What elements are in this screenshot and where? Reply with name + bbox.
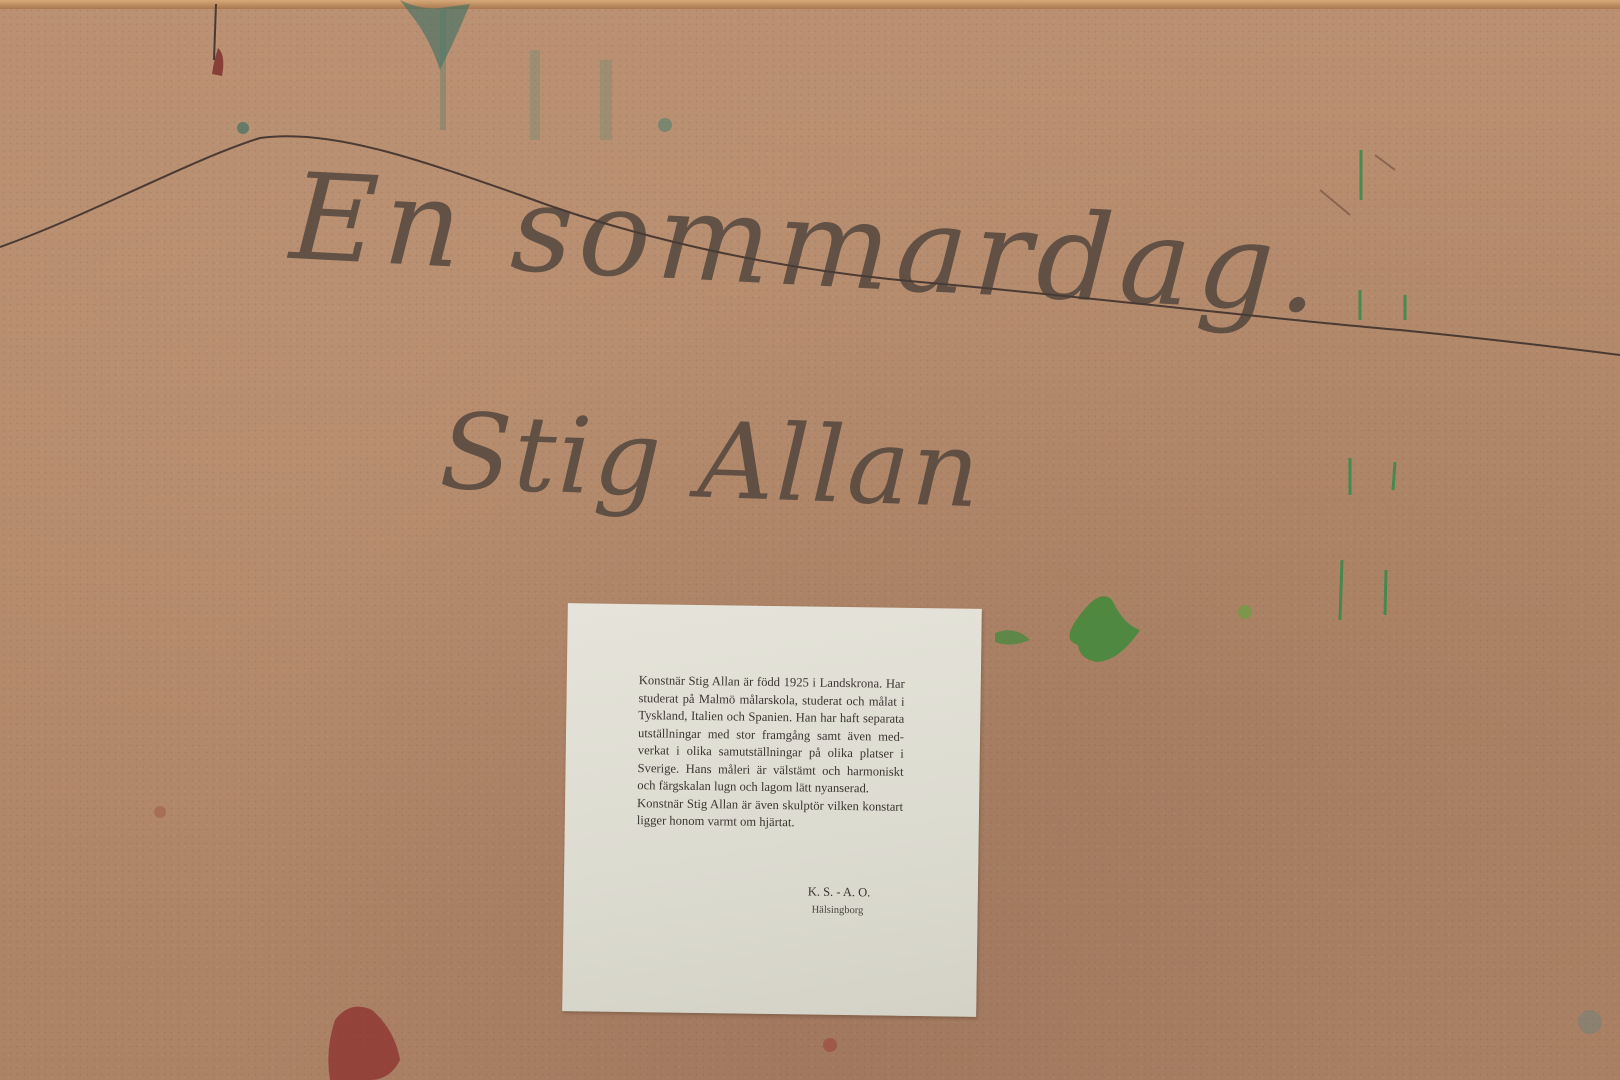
biography-label: Konstnär Stig Allan är född 1925 i Lands… — [562, 603, 982, 1017]
red-paint-dot — [823, 1038, 837, 1052]
teal-streak — [530, 50, 540, 140]
teal-streak — [600, 60, 612, 140]
teal-paint-drip — [400, 0, 470, 70]
teal-streak — [440, 10, 446, 130]
red-paint-dot — [154, 806, 166, 818]
green-tick-marks — [1340, 150, 1405, 620]
teal-paint-dot — [1578, 1010, 1602, 1034]
teal-dot — [237, 122, 249, 134]
teal-dot — [658, 118, 672, 132]
green-paint-splotch — [1069, 596, 1140, 662]
pencil-artist-signature: Stig Allan — [438, 391, 983, 532]
label-paragraph-2: Konstnär Stig Allan är även skulptör vil… — [637, 795, 903, 834]
green-paint-dot — [1238, 605, 1252, 619]
label-paragraph-1: Konstnär Stig Allan är född 1925 i Lands… — [637, 672, 905, 798]
green-paint-splotch — [995, 630, 1030, 644]
label-initials: K. S. - A. O. — [808, 885, 871, 901]
red-paint-splotch — [328, 1007, 400, 1080]
label-body: Konstnär Stig Allan är född 1925 i Lands… — [637, 672, 905, 833]
nail — [214, 4, 216, 60]
pencil-mark — [1320, 155, 1395, 215]
label-city: Hälsingborg — [812, 905, 864, 917]
